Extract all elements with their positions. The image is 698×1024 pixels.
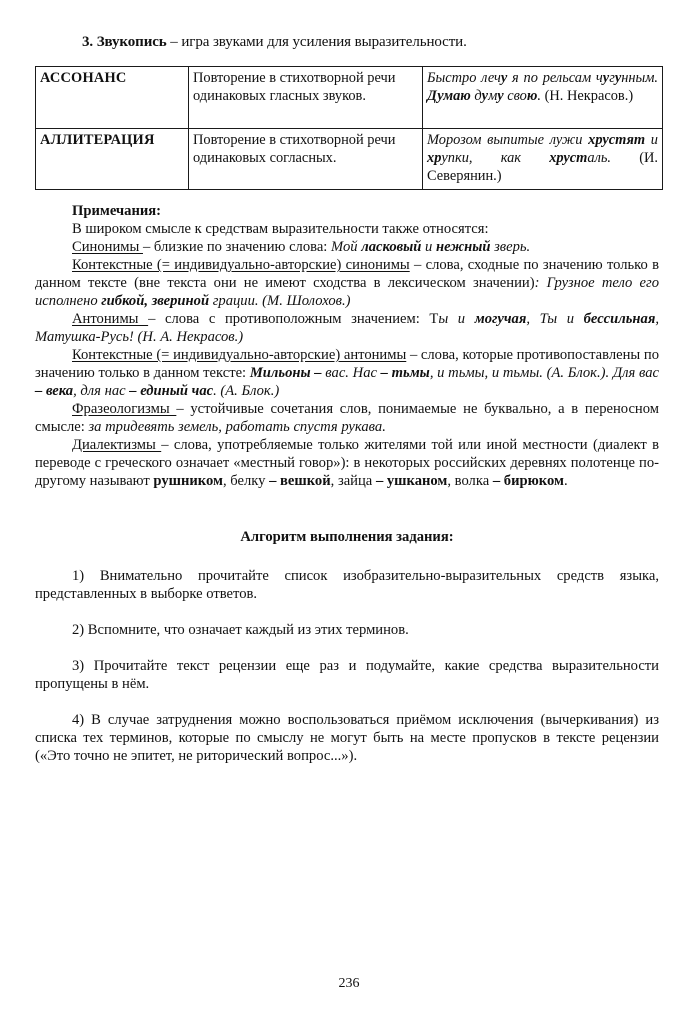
note-antonyms: Антонимы – слова с противоположным значе… (35, 310, 659, 346)
definition-cell: Повторение в стихотворной речи одинаковы… (189, 129, 423, 190)
section-definition: игра звуками для усиления выразительност… (181, 34, 466, 50)
notes-intro: В широком смысле к средствам выразительн… (35, 220, 659, 238)
note-term: Фразеологизмы (72, 401, 176, 417)
note-term: Контекстные (= индивидуально-авторские) … (72, 257, 410, 273)
example-cell: Быстро лечу я по рельсам чугунным. Думаю… (423, 67, 663, 129)
algorithm-step: 3) Прочитайте текст рецензии еще раз и п… (35, 657, 659, 693)
page-number: 236 (0, 975, 698, 993)
note-synonyms: Синонимы – близкие по значению слова: Мо… (35, 238, 659, 256)
table-row-alliteration: АЛЛИТЕРАЦИЯ Повторение в стихотворной ре… (36, 129, 663, 190)
note-term: Диалектизмы (72, 437, 161, 453)
document-page: 3. Звукопись – игра звуками для усиления… (0, 0, 698, 1024)
algorithm-step: 2) Вспомните, что означает каждый из эти… (35, 621, 659, 639)
example-cell: Морозом выпитые лужи хрустят и хрупки, к… (423, 129, 663, 190)
algorithm-title: Алгоритм выполнения задания: (35, 528, 659, 546)
note-context-synonyms: Контекстные (= индивидуально-авторские) … (35, 256, 659, 310)
term-cell: АЛЛИТЕРАЦИЯ (36, 129, 189, 190)
note-phraseologisms: Фразеологизмы – устойчивые сочетания сло… (35, 400, 659, 436)
algorithm-steps: 1) Внимательно прочитайте список изобраз… (35, 567, 659, 783)
section-term: Звукопись (97, 34, 167, 50)
term-cell: АССОНАНС (36, 67, 189, 129)
note-dialectisms: Диалектизмы – слова, употребляемые тольк… (35, 436, 659, 490)
section-heading: 3. Звукопись – игра звуками для усиления… (82, 33, 662, 51)
example-author: (Н. Некрасов.) (541, 88, 633, 104)
note-term: Контекстные (= индивидуально-авторские) … (72, 347, 406, 363)
algorithm-step: 1) Внимательно прочитайте список изобраз… (35, 567, 659, 603)
algorithm-step: 4) В случае затруднения можно воспользов… (35, 711, 659, 765)
note-term: Синонимы (72, 239, 143, 255)
note-term: Антонимы (72, 311, 148, 327)
definition-cell: Повторение в стихотворной речи одинаковы… (189, 67, 423, 129)
notes-title: Примечания: (35, 202, 659, 220)
notes-section: Примечания: В широком смысле к средствам… (35, 202, 659, 490)
section-number: 3. (82, 34, 93, 50)
sound-devices-table: АССОНАНС Повторение в стихотворной речи … (35, 66, 663, 190)
table-row-assonance: АССОНАНС Повторение в стихотворной речи … (36, 67, 663, 129)
section-dash: – (167, 34, 182, 50)
note-context-antonyms: Контекстные (= индивидуально-авторские) … (35, 346, 659, 400)
